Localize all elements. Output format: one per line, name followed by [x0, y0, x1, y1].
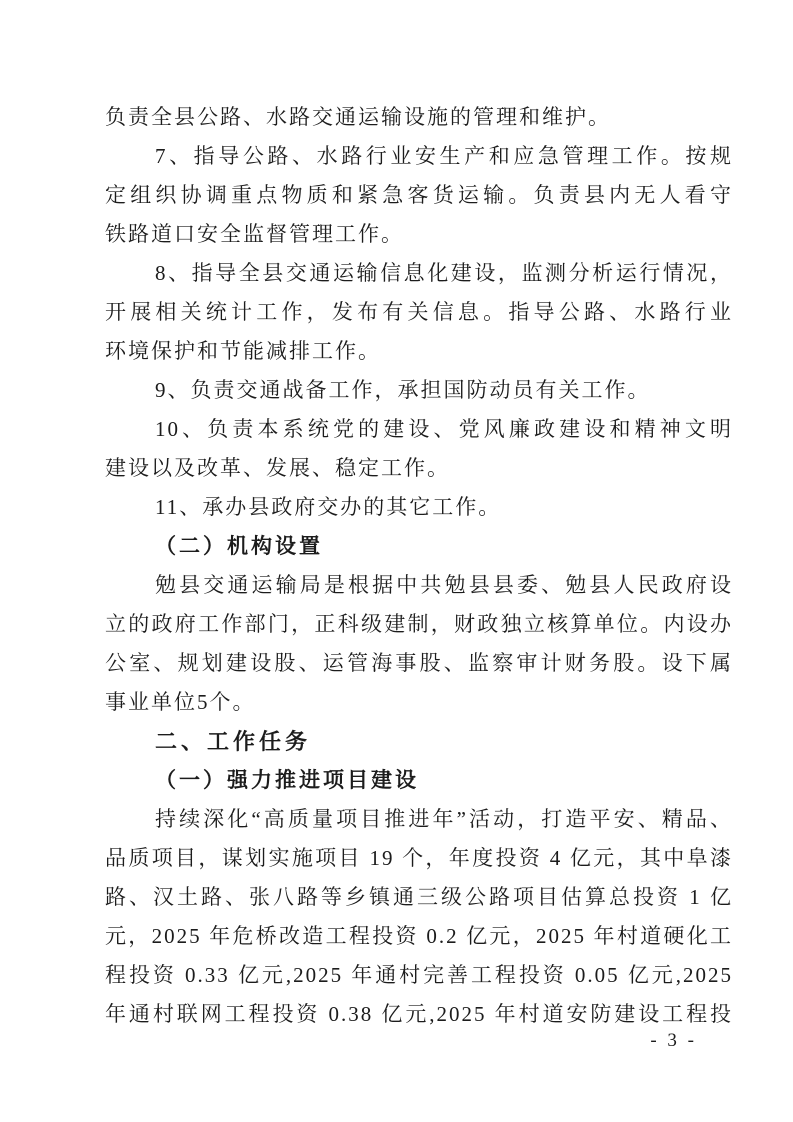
body-line: 勉县交通运输局是根据中共勉县县委、勉县人民政府设	[105, 566, 733, 605]
body-line: 公室、规划建设股、运管海事股、监察审计财务股。设下属	[105, 644, 733, 683]
chapter-heading: 二、工作任务	[105, 722, 733, 761]
body-line: 环境保护和节能减排工作。	[105, 332, 733, 371]
body-line: 8、指导全县交通运输信息化建设，监测分析运行情况，	[105, 254, 733, 293]
section-heading: （一）强力推进项目建设	[105, 761, 733, 800]
body-line: 7、指导公路、水路行业安生产和应急管理工作。按规	[105, 137, 733, 176]
document-page: 负责全县公路、水路交通运输设施的管理和维护。 7、指导公路、水路行业安生产和应急…	[0, 0, 793, 1122]
document-body: 负责全县公路、水路交通运输设施的管理和维护。 7、指导公路、水路行业安生产和应急…	[105, 98, 733, 1034]
body-line: 9、负责交通战备工作，承担国防动员有关工作。	[105, 371, 733, 410]
page-number: - 3 -	[650, 1030, 697, 1052]
body-line: 负责全县公路、水路交通运输设施的管理和维护。	[105, 98, 733, 137]
body-line: 路、汉土路、张八路等乡镇通三级公路项目估算总投资 1 亿	[105, 878, 733, 917]
body-line: 定组织协调重点物质和紧急客货运输。负责县内无人看守	[105, 176, 733, 215]
body-line: 事业单位5个。	[105, 683, 733, 722]
body-line: 年通村联网工程投资 0.38 亿元,2025 年村道安防建设工程投	[105, 995, 733, 1034]
body-line: 品质项目，谋划实施项目 19 个，年度投资 4 亿元，其中阜漆	[105, 839, 733, 878]
body-line: 持续深化“高质量项目推进年”活动，打造平安、精品、	[105, 800, 733, 839]
body-line: 立的政府工作部门，正科级建制，财政独立核算单位。内设办	[105, 605, 733, 644]
body-line: 程投资 0.33 亿元,2025 年通村完善工程投资 0.05 亿元,2025	[105, 956, 733, 995]
body-line: 开展相关统计工作，发布有关信息。指导公路、水路行业	[105, 293, 733, 332]
body-line: 11、承办县政府交办的其它工作。	[105, 488, 733, 527]
section-heading: （二）机构设置	[105, 527, 733, 566]
body-line: 铁路道口安全监督管理工作。	[105, 215, 733, 254]
body-line: 建设以及改革、发展、稳定工作。	[105, 449, 733, 488]
body-line: 元，2025 年危桥改造工程投资 0.2 亿元，2025 年村道硬化工	[105, 917, 733, 956]
body-line: 10、负责本系统党的建设、党风廉政建设和精神文明	[105, 410, 733, 449]
